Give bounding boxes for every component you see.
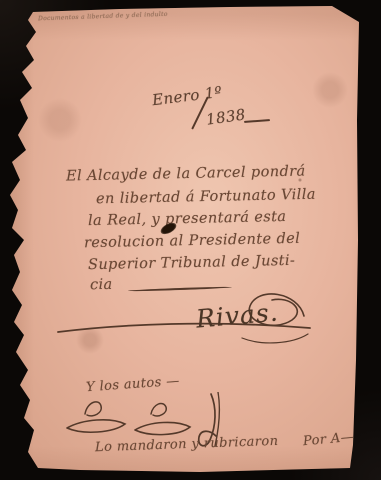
date-day-month: Enero 1º [151,83,223,109]
closing-right: Por A— [302,430,354,449]
body-line: Superior Tribunal de Justi- [88,253,296,273]
pencil-annotation: Documentos a libertad de y del indulto [38,11,168,23]
signature-flourish [52,286,322,350]
date-underline-stroke [244,119,270,122]
photo-background: Documentos a libertad de y del indulto E… [0,0,381,480]
body-line: resolucion al Presidente del [84,231,301,252]
body-line: El Alcayde de la Carcel pondrá [66,163,306,184]
torn-manuscript-paper: Documentos a libertad de y del indulto E… [0,0,381,480]
date-year: 1838 [205,105,247,128]
body-line: la Real, y presentará esta [88,209,287,229]
body-line: en libertad á Fortunato Villa [96,187,316,208]
